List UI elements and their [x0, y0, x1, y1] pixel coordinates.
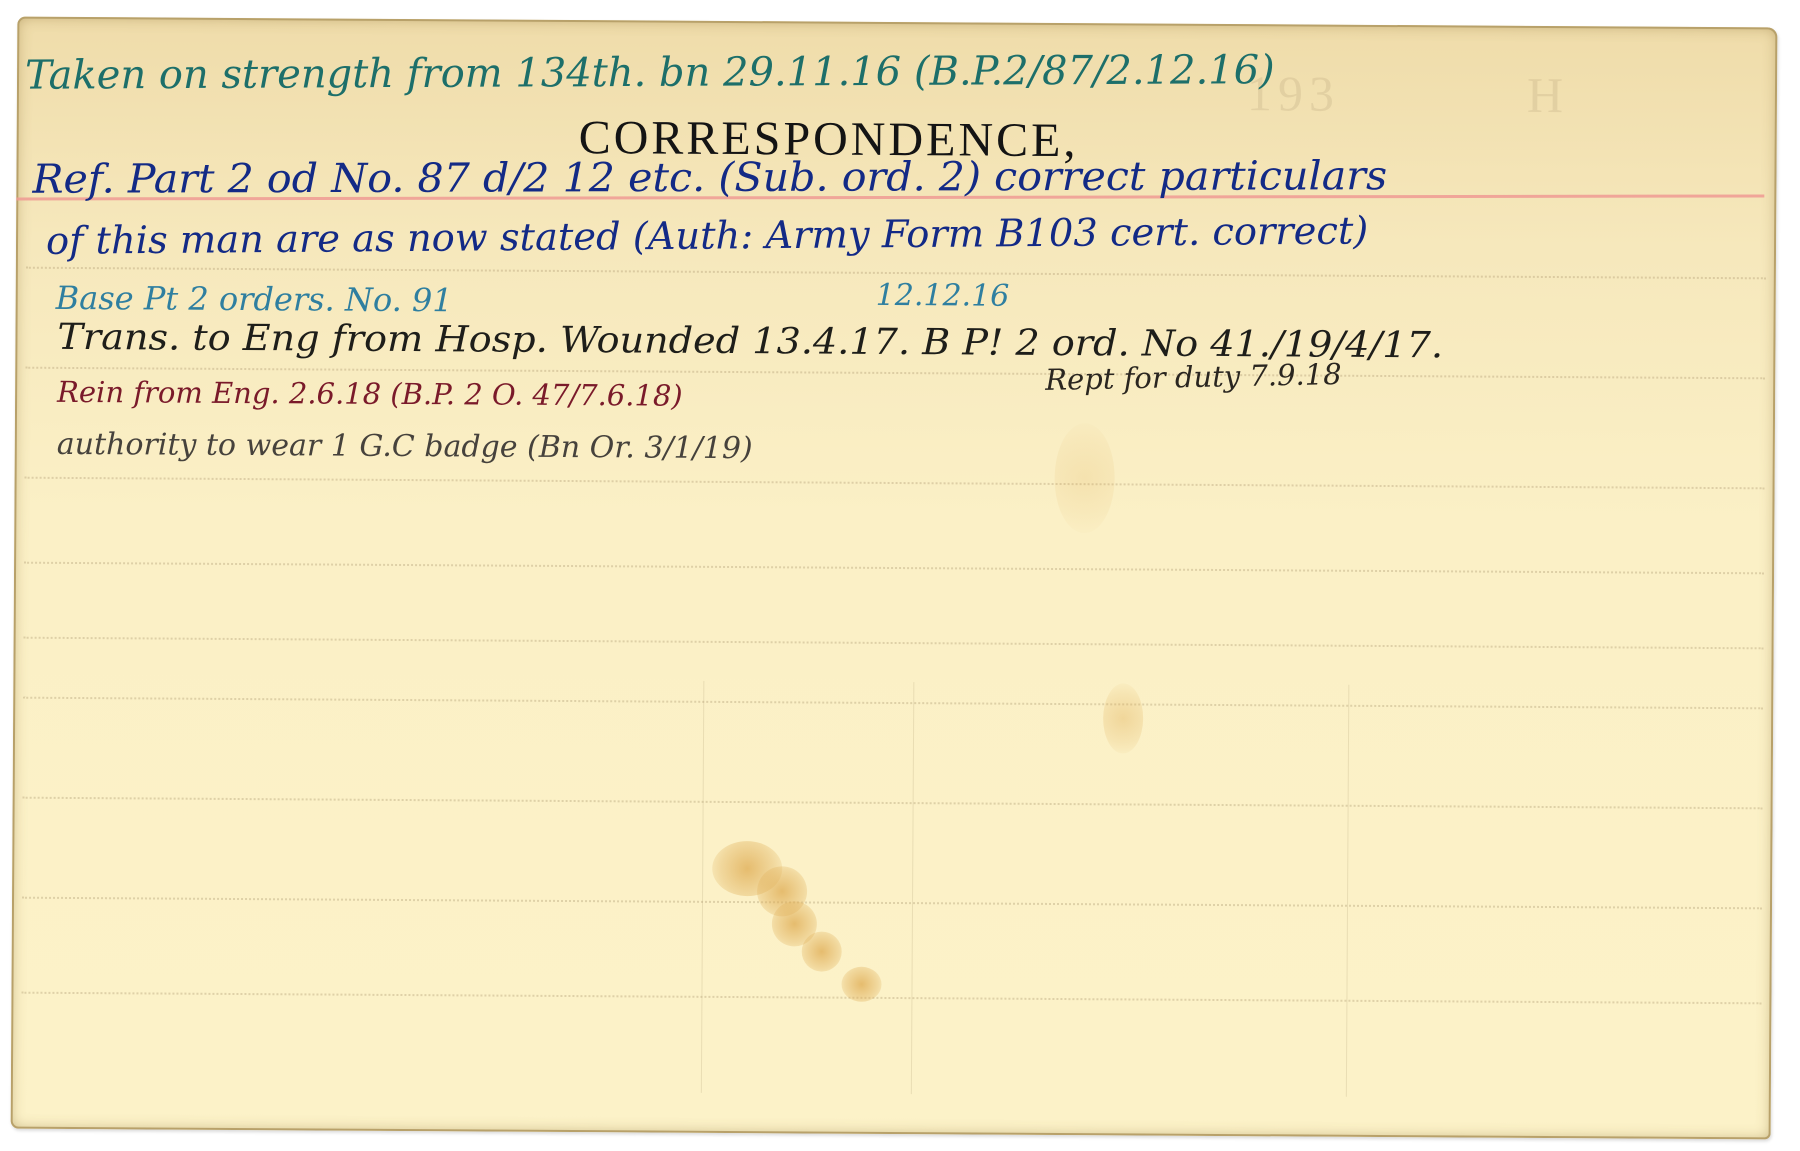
entry-reported-for-duty: Rept for duty 7.9.18 [1045, 357, 1342, 397]
entry-base-orders-date: 12.12.16 [876, 278, 1010, 314]
ruled-line [22, 897, 1762, 910]
entry-rejoined-from-england: Rein from Eng. 2.6.18 (B.P. 2 O. 47/7.6.… [57, 375, 683, 413]
entry-base-orders: Base Pt 2 orders. No. 91 [56, 279, 453, 319]
entry-gc-badge: authority to wear 1 G.C badge (Bn Or. 3/… [57, 427, 753, 466]
ruled-line [24, 637, 1764, 650]
entry-particulars-stated: of this man are as now stated (Auth: Arm… [46, 208, 1369, 262]
ruled-line [21, 992, 1761, 1005]
stain [841, 967, 881, 1002]
correspondence-card: H 193 CORRESPONDENCE, Taken on strength … [11, 17, 1778, 1140]
ruled-line [25, 477, 1765, 490]
entry-ref-part2: Ref. Part 2 od No. 87 d/2 12 etc. (Sub. … [32, 153, 1387, 203]
stain [1054, 423, 1115, 533]
ruled-line [24, 562, 1764, 575]
column-line [1346, 685, 1350, 1097]
ruled-line [23, 697, 1763, 710]
column-line [701, 681, 705, 1093]
column-line [911, 682, 915, 1094]
ruled-line [23, 797, 1763, 810]
entry-taken-on-strength: Taken on strength from 134th. bn 29.11.1… [25, 47, 1275, 98]
stain [1103, 683, 1143, 753]
stain [802, 931, 842, 971]
show-through-print: H [1527, 66, 1569, 124]
